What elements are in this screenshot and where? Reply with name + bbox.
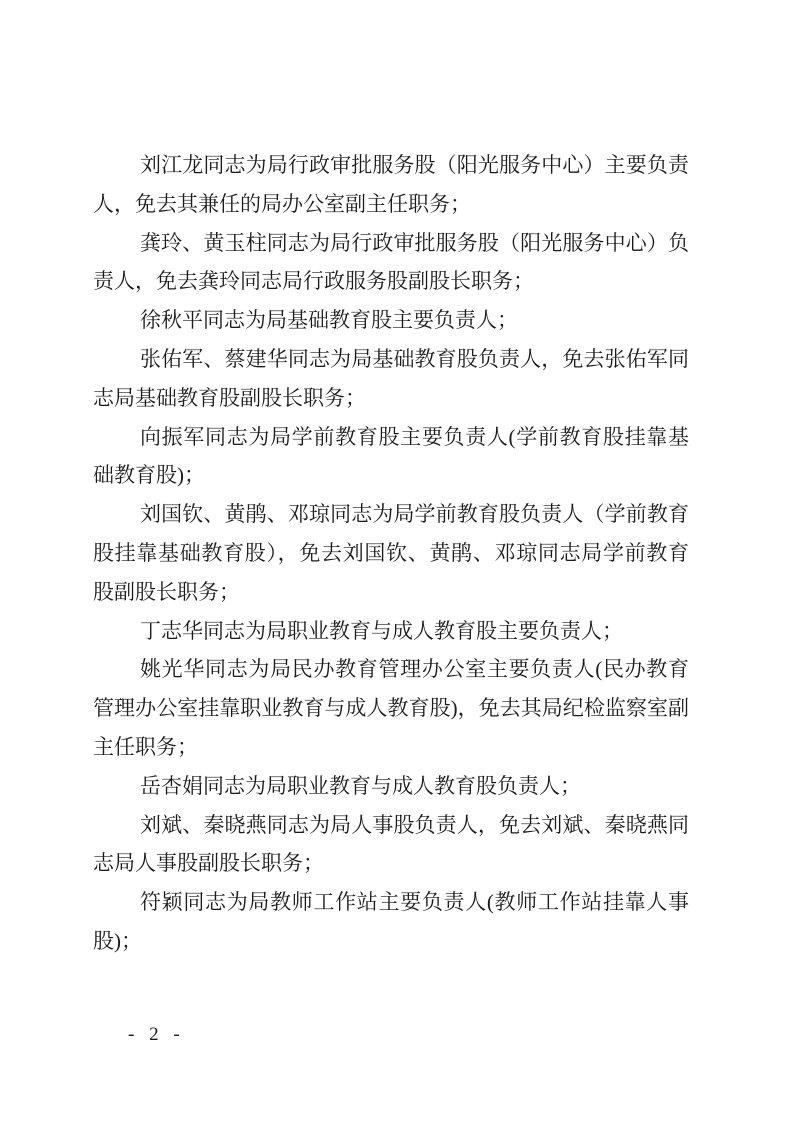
paragraph-appointment-1: 刘江龙同志为局行政审批服务股（阳光服务中心）主要负责人，免去其兼任的局办公室副主… xyxy=(93,146,689,224)
paragraph-appointment-6: 刘国钦、黄鹃、邓琼同志为局学前教育股负责人（学前教育股挂靠基础教育股），免去刘国… xyxy=(93,495,689,611)
paragraph-appointment-7: 丁志华同志为局职业教育与成人教育股主要负责人； xyxy=(93,612,689,651)
paragraph-appointment-2: 龚玲、黄玉柱同志为局行政审批服务股（阳光服务中心）负责人，免去龚玲同志局行政服务… xyxy=(93,224,689,302)
document-body: 刘江龙同志为局行政审批服务股（阳光服务中心）主要负责人，免去其兼任的局办公室副主… xyxy=(93,146,689,961)
page-footer: - 2 - xyxy=(0,1024,793,1054)
paragraph-appointment-10: 刘斌、秦晓燕同志为局人事股负责人，免去刘斌、秦晓燕同志局人事股副股长职务； xyxy=(93,806,689,884)
paragraph-appointment-9: 岳杏娟同志为局职业教育与成人教育股负责人； xyxy=(93,767,689,806)
page-number: - 2 - xyxy=(128,1024,185,1046)
paragraph-appointment-8: 姚光华同志为局民办教育管理办公室主要负责人(民办教育管理办公室挂靠职业教育与成人… xyxy=(93,650,689,766)
paragraph-appointment-5: 向振军同志为局学前教育股主要负责人(学前教育股挂靠基础教育股)； xyxy=(93,418,689,496)
paragraph-appointment-11: 符颖同志为局教师工作站主要负责人(教师工作站挂靠人事股)； xyxy=(93,883,689,961)
paragraph-appointment-4: 张佑军、蔡建华同志为局基础教育股负责人，免去张佑军同志局基础教育股副股长职务； xyxy=(93,340,689,418)
paragraph-appointment-3: 徐秋平同志为局基础教育股主要负责人； xyxy=(93,301,689,340)
document-page: 刘江龙同志为局行政审批服务股（阳光服务中心）主要负责人，免去其兼任的局办公室副主… xyxy=(0,0,793,1122)
